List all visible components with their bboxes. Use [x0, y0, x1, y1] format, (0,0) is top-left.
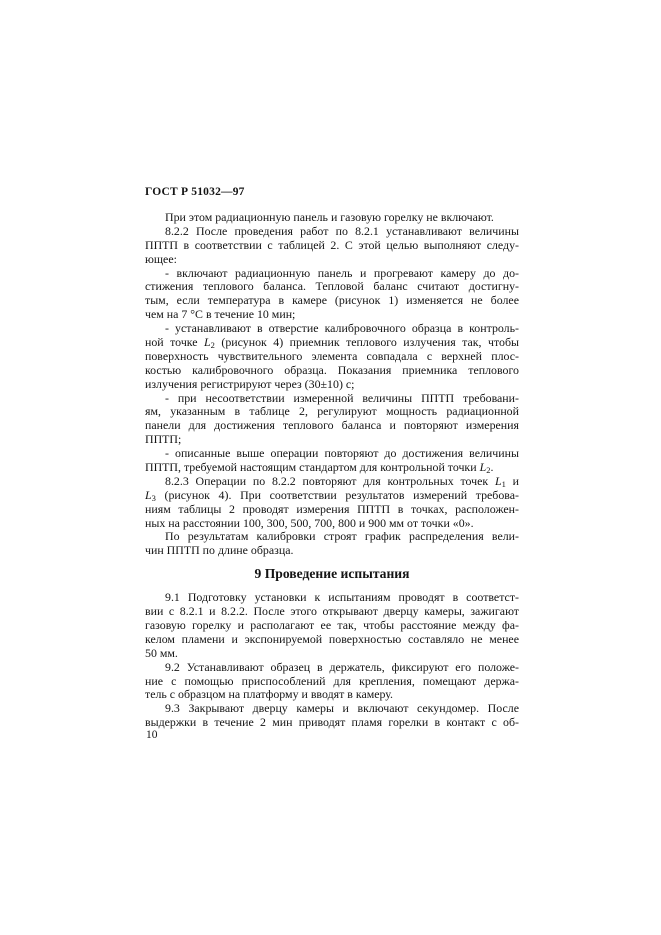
- text-line: L3 (рисунок 4). При соответствии результ…: [145, 489, 519, 503]
- text-run: ние с помощью приспособлений для креплен…: [145, 675, 519, 688]
- text-line: ям, указанным в таблице 2, регулируют мо…: [145, 405, 519, 419]
- text-run: ной точке: [145, 336, 204, 349]
- text-line: 50 мм.: [145, 647, 519, 661]
- text-run: 9.3 Закрывают дверцу камеры и включают с…: [165, 702, 519, 715]
- text-line: - при несоответствии измеренной величины…: [145, 392, 519, 406]
- paragraph: 9.1 Подготовку установки к испытаниям пр…: [145, 591, 519, 660]
- text-line: костью калибровочного образца. Показания…: [145, 364, 519, 378]
- text-run: 9.1 Подготовку установки к испытаниям пр…: [165, 591, 519, 604]
- text-run: и: [506, 475, 519, 488]
- text-line: ных на расстоянии 100, 300, 500, 700, 80…: [145, 517, 519, 531]
- text-run: ниям таблицы 2 проводят измерения ППТП в…: [145, 503, 519, 516]
- text-run: ющее:: [145, 253, 177, 266]
- text-run: ППТП;: [145, 433, 181, 446]
- text-run: 8.2.2 После проведения работ по 8.2.1 ус…: [165, 225, 519, 238]
- paragraph: 9.2 Устанавливают образец в держатель, ф…: [145, 661, 519, 703]
- text-line: По результатам калибровки строят график …: [145, 530, 519, 544]
- text-run: - устанавливают в отверстие калибровочно…: [165, 322, 519, 335]
- paragraph: - описанные выше операции повторяют до д…: [145, 447, 519, 475]
- paragraph: 8.2.2 После проведения работ по 8.2.1 ус…: [145, 225, 519, 267]
- paragraph: 8.2.3 Операции по 8.2.2 повторяют для ко…: [145, 475, 519, 531]
- text-run: 9.2 Устанавливают образец в держатель, ф…: [165, 661, 519, 674]
- text-run: чем на 7 °С в течение 10 мин;: [145, 308, 295, 321]
- text-run: (рисунок 4). При соответствии результато…: [156, 489, 519, 502]
- paragraph: 9.3 Закрывают дверцу камеры и включают с…: [145, 702, 519, 730]
- text-run: ям, указанным в таблице 2, регулируют мо…: [145, 405, 519, 418]
- text-line: панели для достижения теплового баланса …: [145, 419, 519, 433]
- text-line: излучения регистрируют через (30±10) с;: [145, 378, 519, 392]
- text-run: L: [495, 475, 502, 488]
- text-line: 9.1 Подготовку установки к испытаниям пр…: [145, 591, 519, 605]
- text-line: выдержки в течение 2 мин приводят пламя …: [145, 716, 519, 730]
- text-run: ППТП в соответствии с таблицей 2. С этой…: [145, 239, 519, 252]
- text-run: стижения теплового баланса. Тепловой бал…: [145, 280, 519, 293]
- paragraph: - при несоответствии измеренной величины…: [145, 392, 519, 448]
- paragraph: При этом радиационную панель и газовую г…: [145, 211, 519, 225]
- text-line: ППТП, требуемой настоящим стандартом для…: [145, 461, 519, 475]
- page-number: 10: [146, 729, 158, 741]
- text-line: ППТП в соответствии с таблицей 2. С этой…: [145, 239, 519, 253]
- paragraph: По результатам калибровки строят график …: [145, 530, 519, 558]
- text-run: костью калибровочного образца. Показания…: [145, 364, 519, 377]
- text-run: - при несоответствии измеренной величины…: [165, 392, 519, 405]
- text-run: вии с 8.2.1 и 8.2.2. После этого открыва…: [145, 605, 519, 618]
- text-line: стижения теплового баланса. Тепловой бал…: [145, 280, 519, 294]
- text-run: - описанные выше операции повторяют до д…: [165, 447, 519, 460]
- text-run: панели для достижения теплового баланса …: [145, 419, 519, 432]
- text-line: ние с помощью приспособлений для креплен…: [145, 675, 519, 689]
- text-line: - описанные выше операции повторяют до д…: [145, 447, 519, 461]
- text-run: газовую горелку и располагают ее так, чт…: [145, 619, 519, 632]
- text-line: чем на 7 °С в течение 10 мин;: [145, 308, 519, 322]
- text-run: При этом радиационную панель и газовую г…: [165, 211, 494, 224]
- text-run: чин ППТП по длине образца.: [145, 544, 293, 557]
- text-line: поверхность чувствительного элемента сов…: [145, 350, 519, 364]
- text-run: ных на расстоянии 100, 300, 500, 700, 80…: [145, 517, 474, 530]
- text-run: (рисунок 4) приемник теплового излучения…: [215, 336, 519, 349]
- document-page: ГОСТ Р 51032—97 При этом радиационную па…: [0, 0, 661, 935]
- section-heading: 9 Проведение испытания: [145, 567, 519, 581]
- text-run: L: [145, 489, 152, 502]
- text-run: 8.2.3 Операции по 8.2.2 повторяют для ко…: [165, 475, 495, 488]
- text-run: ППТП, требуемой настоящим стандартом для…: [145, 461, 480, 474]
- running-header: ГОСТ Р 51032—97: [145, 186, 245, 198]
- text-line: 8.2.2 После проведения работ по 8.2.1 ус…: [145, 225, 519, 239]
- text-run: .: [490, 461, 493, 474]
- paragraph: - включают радиационную панель и прогрев…: [145, 267, 519, 323]
- text-run: выдержки в течение 2 мин приводят пламя …: [145, 716, 519, 729]
- text-line: ППТП;: [145, 433, 519, 447]
- text-line: ной точке L2 (рисунок 4) приемник теплов…: [145, 336, 519, 350]
- text-run: 50 мм.: [145, 647, 178, 660]
- text-line: ющее:: [145, 253, 519, 267]
- text-line: 8.2.3 Операции по 8.2.2 повторяют для ко…: [145, 475, 519, 489]
- text-line: вии с 8.2.1 и 8.2.2. После этого открыва…: [145, 605, 519, 619]
- text-line: 9.3 Закрывают дверцу камеры и включают с…: [145, 702, 519, 716]
- text-line: газовую горелку и располагают ее так, чт…: [145, 619, 519, 633]
- text-run: - включают радиационную панель и прогрев…: [165, 267, 519, 280]
- text-line: 9.2 Устанавливают образец в держатель, ф…: [145, 661, 519, 675]
- text-run: келом пламени и экспонируемой поверхност…: [145, 633, 519, 646]
- text-run: По результатам калибровки строят график …: [165, 530, 519, 543]
- text-line: ниям таблицы 2 проводят измерения ППТП в…: [145, 503, 519, 517]
- paragraph: - устанавливают в отверстие калибровочно…: [145, 322, 519, 391]
- text-line: тым, если температура в камере (рисунок …: [145, 294, 519, 308]
- text-line: чин ППТП по длине образца.: [145, 544, 519, 558]
- text-line: - включают радиационную панель и прогрев…: [145, 267, 519, 281]
- text-line: келом пламени и экспонируемой поверхност…: [145, 633, 519, 647]
- text-block: При этом радиационную панель и газовую г…: [145, 211, 519, 730]
- text-line: - устанавливают в отверстие калибровочно…: [145, 322, 519, 336]
- text-run: поверхность чувствительного элемента сов…: [145, 350, 519, 363]
- text-run: тель с образцом на платформу и вводят в …: [145, 688, 393, 701]
- text-line: тель с образцом на платформу и вводят в …: [145, 688, 519, 702]
- text-run: L: [204, 336, 211, 349]
- text-run: тым, если температура в камере (рисунок …: [145, 294, 519, 307]
- text-run: излучения регистрируют через (30±10) с;: [145, 378, 354, 391]
- text-line: При этом радиационную панель и газовую г…: [145, 211, 519, 225]
